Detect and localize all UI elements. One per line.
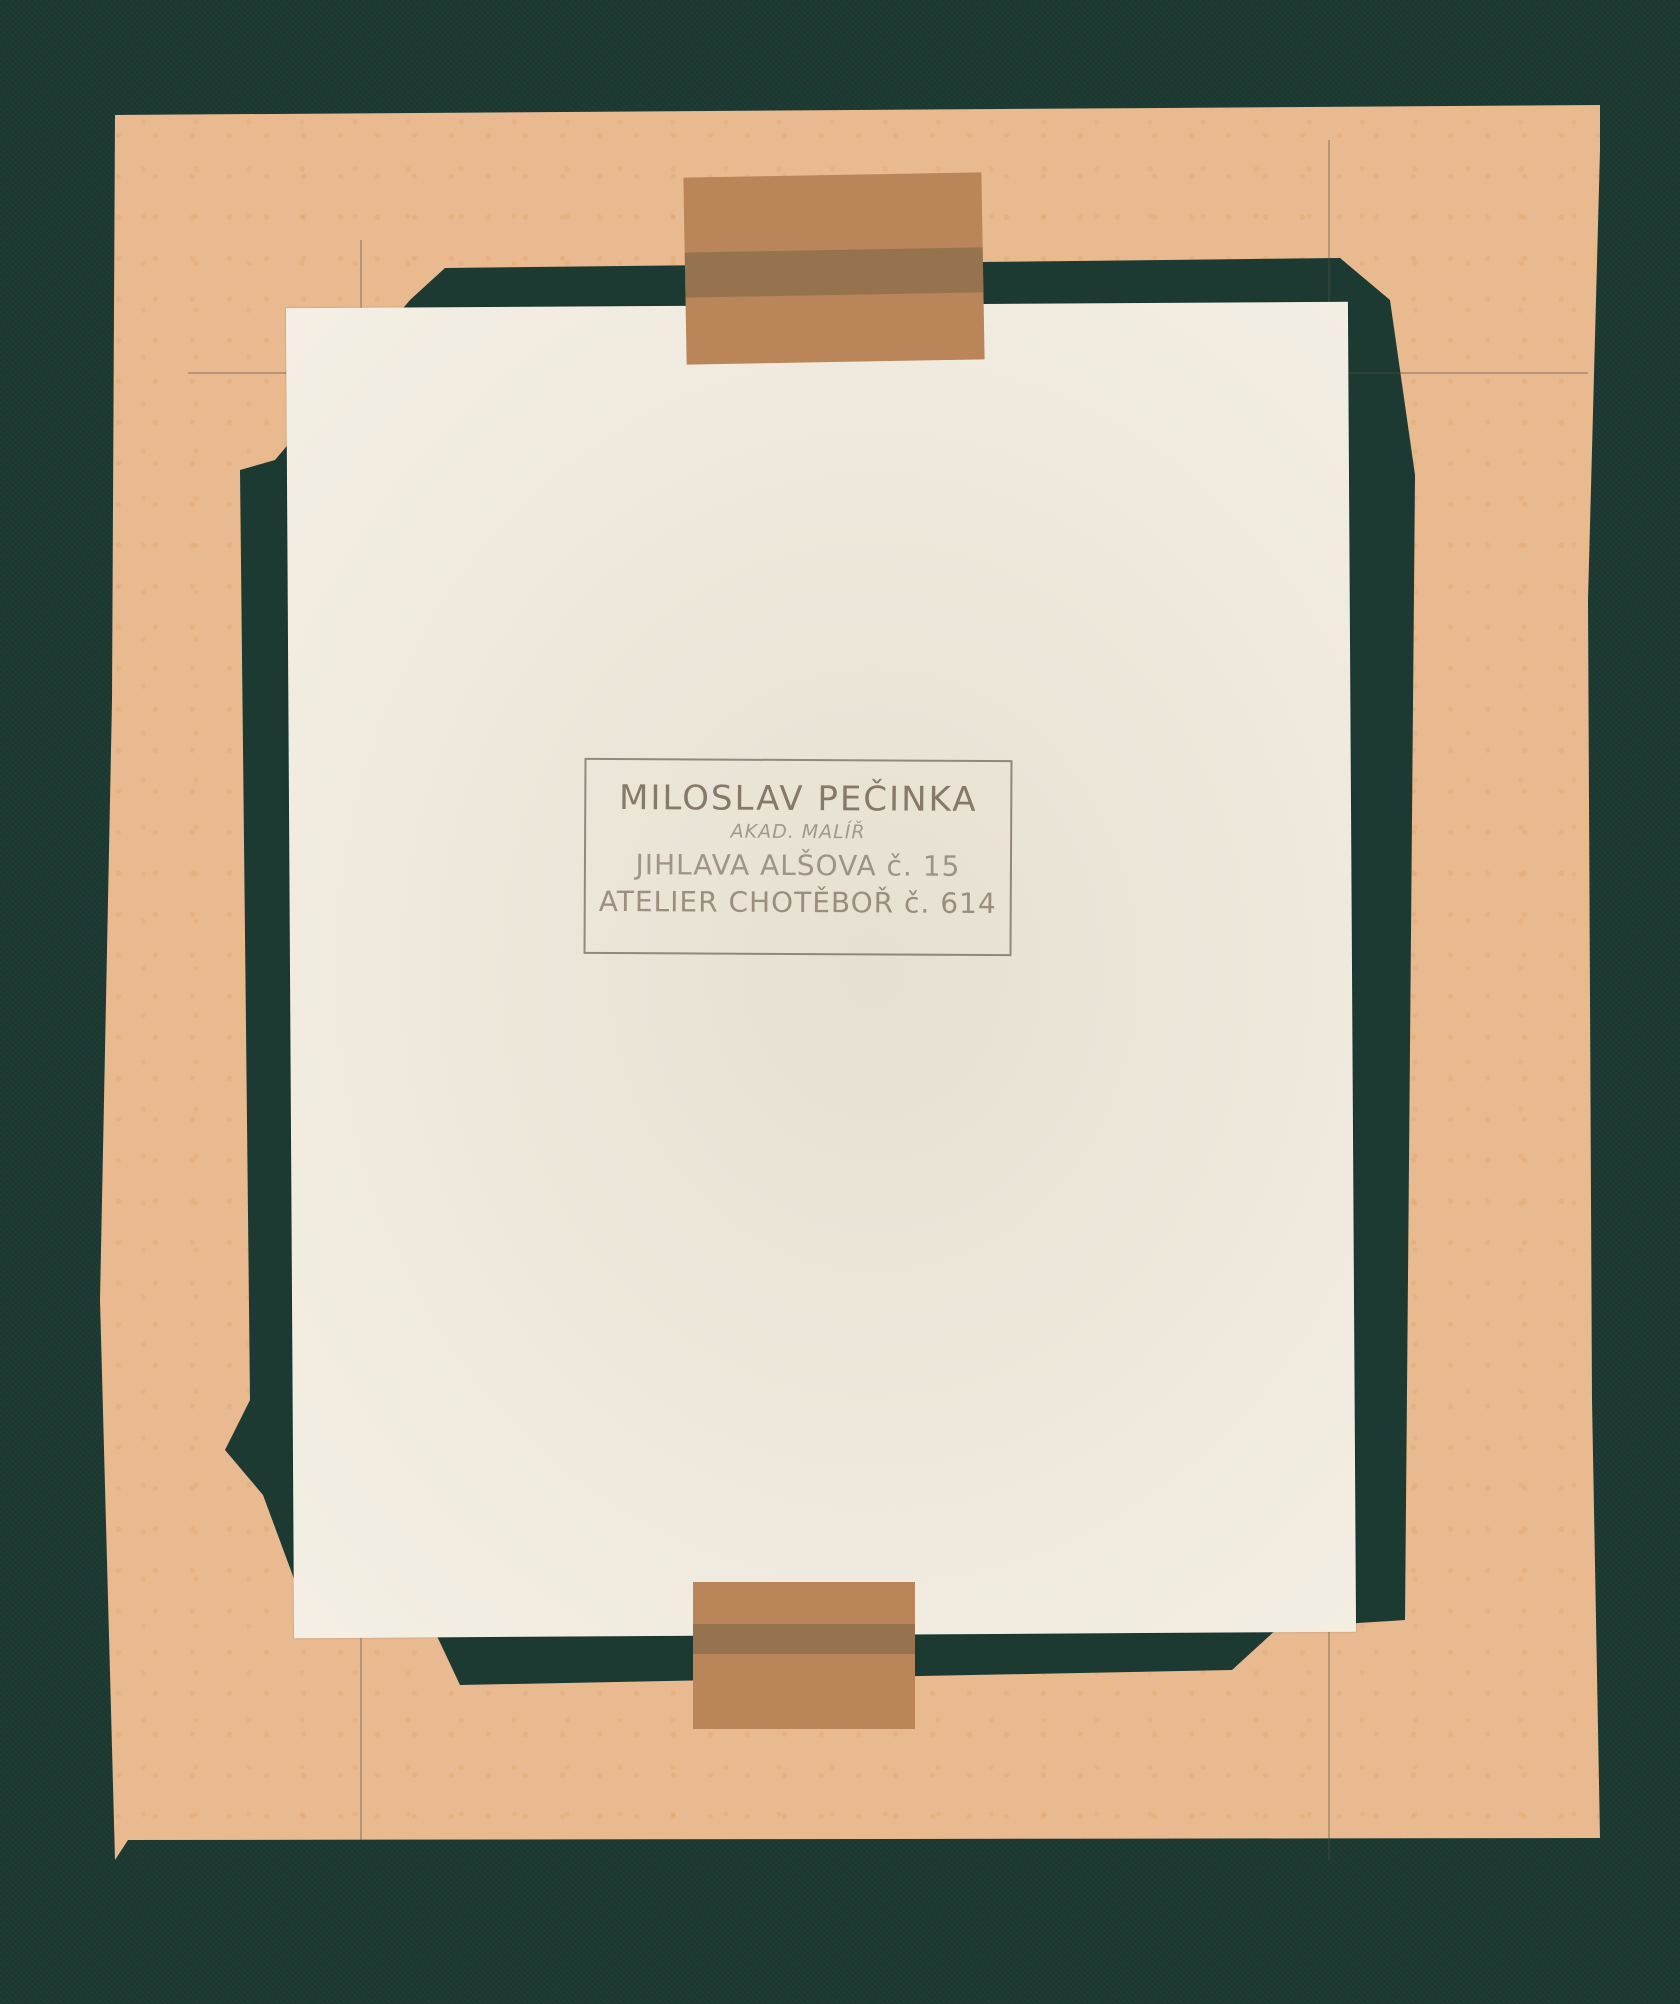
tape-overlap-band [693, 1624, 915, 1654]
stamp-title: AKAD. MALÍŘ [586, 820, 1010, 844]
tape-overlap-band [685, 247, 984, 297]
artwork-paper-back [286, 302, 1356, 1638]
stamp-artist-name: MILOSLAV PEČINKA [586, 778, 1010, 820]
artist-stamp: MILOSLAV PEČINKA AKAD. MALÍŘ JIHLAVA ALŠ… [583, 758, 1012, 956]
top-tape-strip [683, 172, 984, 364]
bottom-tape-strip [693, 1582, 915, 1729]
stamp-address: JIHLAVA ALŠOVA č. 15 [586, 848, 1010, 883]
stamp-studio: ATELIER CHOTĚBOŘ č. 614 [586, 885, 1010, 920]
